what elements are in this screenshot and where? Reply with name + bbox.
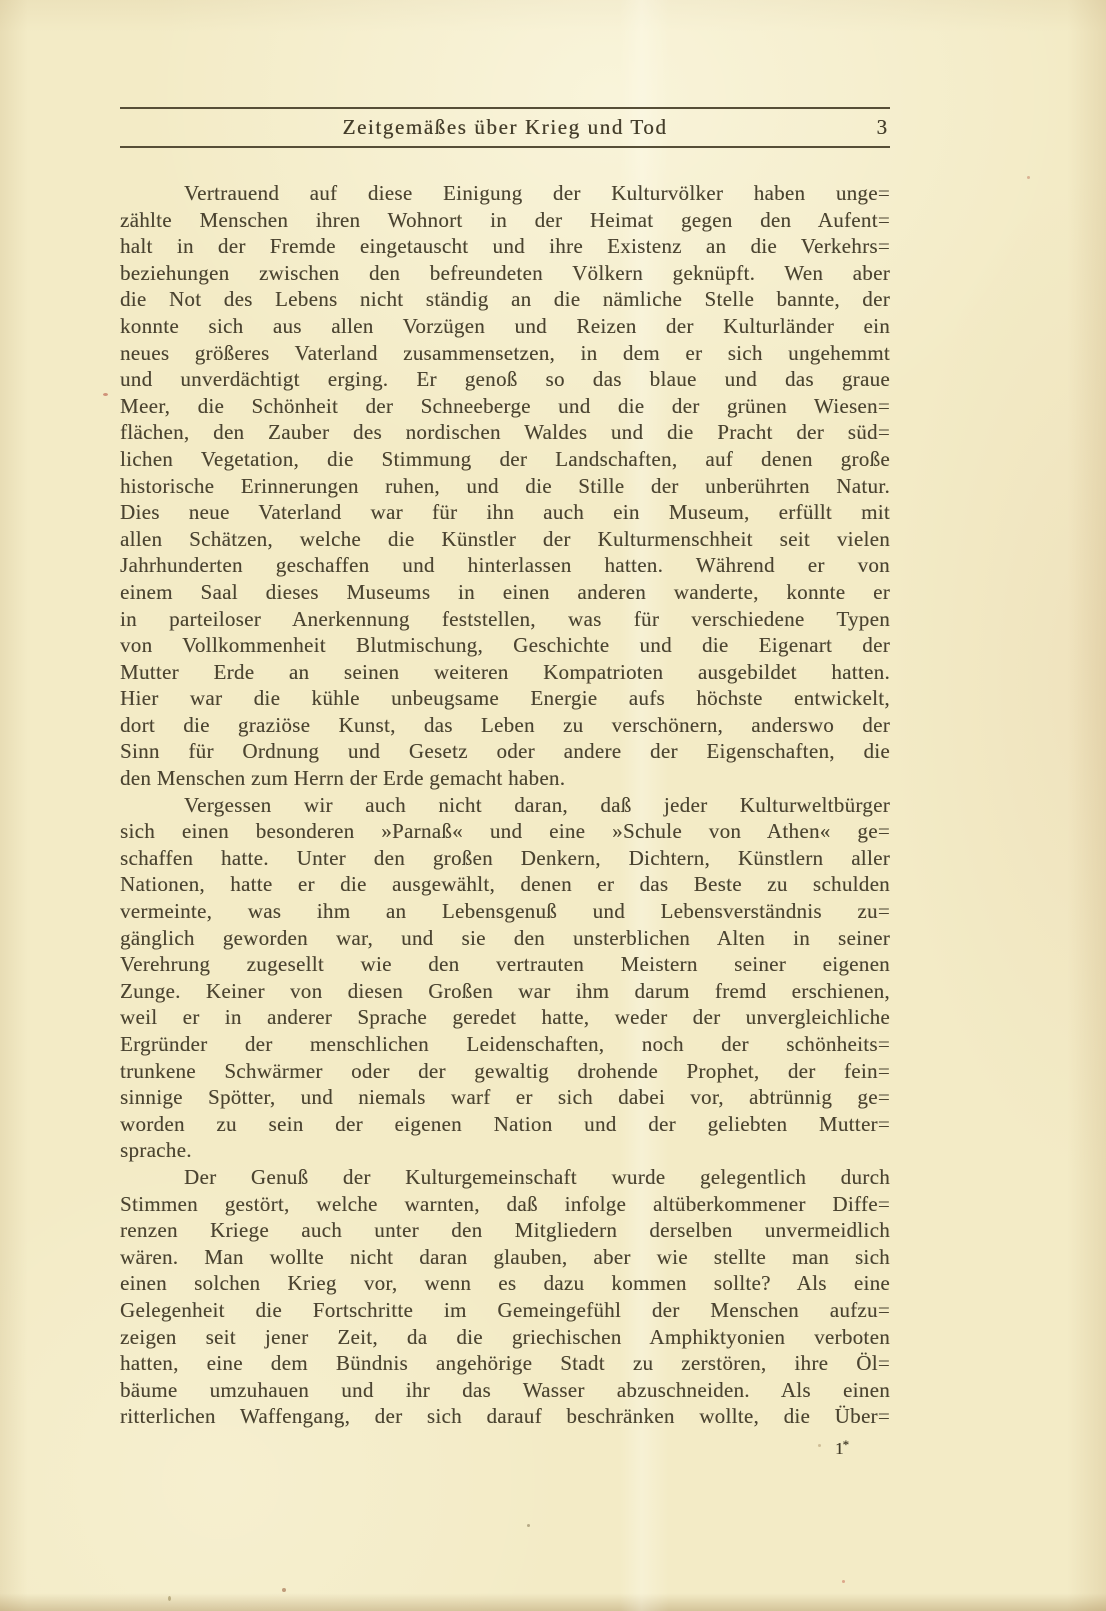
text-line: renzen Kriege auch unter den Mitgliedern…: [120, 1217, 890, 1244]
signature-star: *: [843, 1437, 850, 1452]
text-line: Zunge. Keiner von diesen Großen war ihm …: [120, 978, 890, 1005]
text-line: gänglich geworden war, und sie den unste…: [120, 925, 890, 952]
text-line: Jahrhunderten geschaffen und hinterlasse…: [120, 552, 890, 579]
text-line: in parteiloser Anerkennung feststellen, …: [120, 606, 890, 633]
page-header: Zeitgemäßes über Krieg und Tod 3: [120, 107, 890, 148]
page-number: 3: [877, 115, 888, 140]
text-line: von Vollkommenheit Blutmischung, Geschic…: [120, 632, 890, 659]
text-line: halt in der Fremde eingetauscht und ihre…: [120, 233, 890, 260]
text-line: weil er in anderer Sprache geredet hatte…: [120, 1004, 890, 1031]
text-line: lichen Vegetation, die Stimmung der Land…: [120, 446, 890, 473]
text-line: flächen, den Zauber des nordischen Walde…: [120, 419, 890, 446]
text-line: sinnige Spötter, und niemals warf er sic…: [120, 1084, 890, 1111]
text-line: trunkene Schwärmer oder der gewaltig dro…: [120, 1058, 890, 1085]
paper-speck: [168, 1596, 171, 1601]
text-line: Nationen, hatte er die ausgewählt, denen…: [120, 871, 890, 898]
text-line: konnte sich aus allen Vorzügen und Reize…: [120, 313, 890, 340]
text-line: Hier war die kühle unbeugsame Energie au…: [120, 685, 890, 712]
text-line: Gelegenheit die Fortschritte im Gemeinge…: [120, 1297, 890, 1324]
text-line: sich einen besonderen »Parnaß« und eine …: [120, 818, 890, 845]
text-line: zählte Menschen ihren Wohnort in der Hei…: [120, 207, 890, 234]
paper-speck: [818, 1444, 821, 1447]
text-line: einem Saal dieses Museums in einen ander…: [120, 579, 890, 606]
text-line: bäume umzuhauen und ihr das Wasser abzus…: [120, 1377, 890, 1404]
body-text: Vertrauend auf diese Einigung der Kultur…: [120, 180, 890, 1430]
text-line: Ergründer der menschlichen Leidenschafte…: [120, 1031, 890, 1058]
text-line: zeigen seit jener Zeit, da die griechisc…: [120, 1324, 890, 1351]
text-line: den Menschen zum Herrn der Erde gemacht …: [120, 765, 890, 792]
text-line: Dies neue Vaterland war für ihn auch ein…: [120, 499, 890, 526]
text-line: Sinn für Ordnung und Gesetz oder andere …: [120, 738, 890, 765]
paper-speck: [1027, 176, 1030, 179]
text-line: Stimmen gestört, welche warnten, daß inf…: [120, 1191, 890, 1218]
text-line: schaffen hatte. Unter den großen Denkern…: [120, 845, 890, 872]
paper-speck: [842, 1580, 845, 1583]
text-line: historische Erinnerungen ruhen, und die …: [120, 473, 890, 500]
signature-mark: 1*: [835, 1437, 849, 1459]
text-line: wären. Man wollte nicht daran glauben, a…: [120, 1244, 890, 1271]
text-line: neues größeres Vaterland zusammensetzen,…: [120, 340, 890, 367]
text-line: und unverdächtigt erging. Er genoß so da…: [120, 366, 890, 393]
text-line: Der Genuß der Kulturgemeinschaft wurde g…: [120, 1164, 890, 1191]
text-line: die Not des Lebens nicht ständig an die …: [120, 286, 890, 313]
text-line: worden zu sein der eigenen Nation und de…: [120, 1111, 890, 1138]
text-line: Vergessen wir auch nicht daran, daß jede…: [120, 792, 890, 819]
text-line: Vertrauend auf diese Einigung der Kultur…: [120, 180, 890, 207]
paper-speck: [282, 1588, 286, 1592]
running-head-title: Zeitgemäßes über Krieg und Tod: [343, 115, 668, 140]
text-line: vermeinte, was ihm an Lebensgenuß und Le…: [120, 898, 890, 925]
book-page: Zeitgemäßes über Krieg und Tod 3 Vertrau…: [0, 0, 1106, 1611]
text-line: einen solchen Krieg vor, wenn es dazu ko…: [120, 1270, 890, 1297]
text-line: ritterlichen Waffengang, der sich darauf…: [120, 1403, 890, 1430]
paper-speck: [527, 1524, 530, 1527]
text-line: allen Schätzen, welche die Künstler der …: [120, 526, 890, 553]
text-line: sprache.: [120, 1137, 890, 1164]
text-line: hatten, eine dem Bündnis angehörige Stad…: [120, 1350, 890, 1377]
text-line: Mutter Erde an seinen weiteren Kompatrio…: [120, 659, 890, 686]
paper-speck: [103, 393, 108, 396]
text-line: dort die graziöse Kunst, das Leben zu ve…: [120, 712, 890, 739]
text-line: Meer, die Schönheit der Schneeberge und …: [120, 393, 890, 420]
text-line: beziehungen zwischen den befreundeten Vö…: [120, 260, 890, 287]
text-line: Verehrung zugesellt wie den vertrauten M…: [120, 951, 890, 978]
